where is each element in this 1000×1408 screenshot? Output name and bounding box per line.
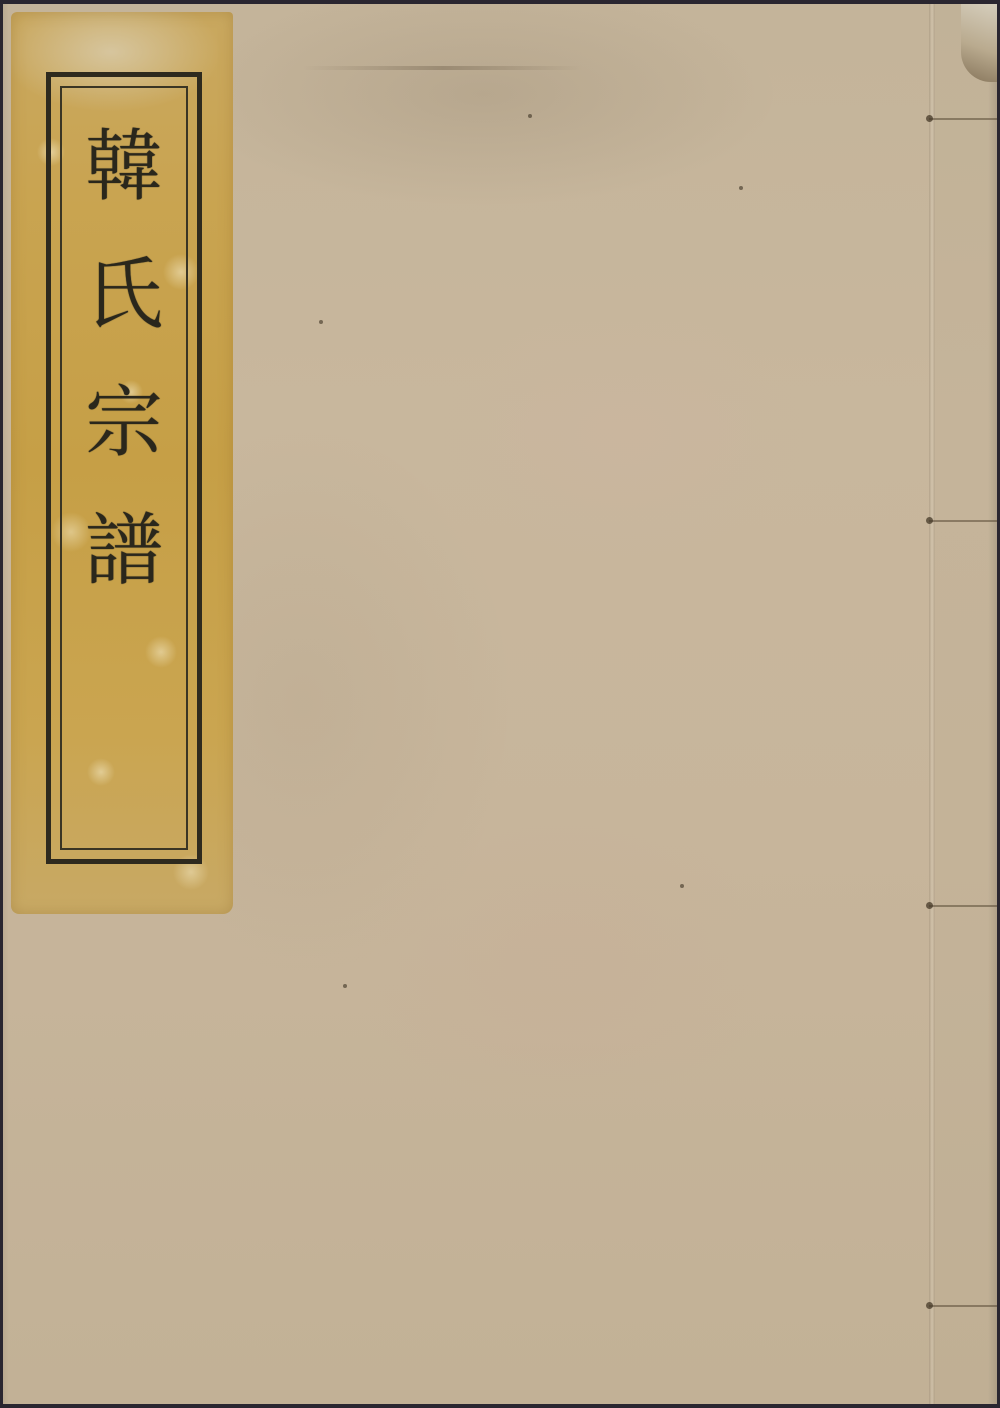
binding-spine-line	[929, 4, 935, 1404]
title-char: 宗	[85, 384, 163, 512]
title-char: 韓	[85, 128, 163, 256]
paper-speck	[343, 984, 347, 988]
book-title: 韓 氏 宗 譜	[62, 128, 186, 640]
title-label-slip: 韓 氏 宗 譜	[11, 12, 233, 914]
binding-stitch	[929, 1305, 997, 1307]
title-char: 譜	[85, 512, 163, 640]
binding-stitch	[929, 118, 997, 120]
title-frame-outer: 韓 氏 宗 譜	[46, 72, 202, 864]
paper-speck	[319, 320, 323, 324]
title-frame-inner: 韓 氏 宗 譜	[60, 86, 188, 850]
paper-speck	[528, 114, 532, 118]
folded-corner	[961, 4, 997, 82]
title-char: 氏	[85, 256, 163, 384]
binding-stitch	[929, 905, 997, 907]
cover-crease	[303, 66, 583, 70]
binding-strip	[935, 4, 997, 1404]
paper-speck	[680, 884, 684, 888]
book-cover-scan: 韓 氏 宗 譜	[3, 4, 997, 1404]
paper-speck	[739, 186, 743, 190]
binding-stitch	[929, 520, 997, 522]
